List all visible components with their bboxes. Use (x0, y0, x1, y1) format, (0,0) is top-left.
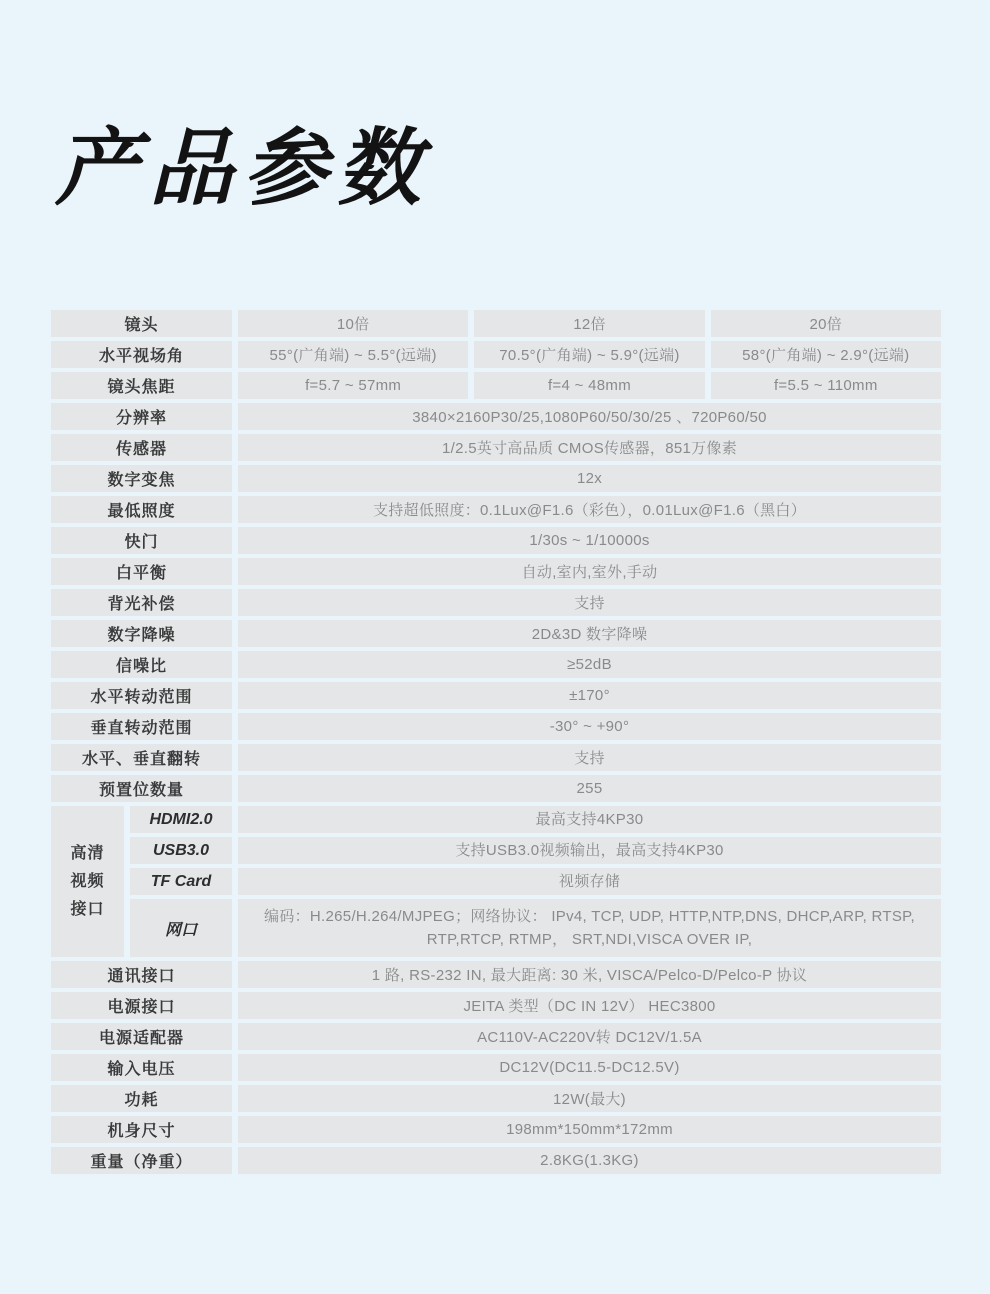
row-value: 视频存储 (238, 868, 941, 895)
group-label-line: 接口 (70, 896, 104, 924)
table-row: 水平转动范围±170° (51, 682, 941, 709)
row-label: 水平转动范围 (51, 682, 232, 709)
group-label-line: 视频 (70, 868, 104, 896)
row-value: ±170° (238, 682, 941, 709)
row-value: 1/30s ~ 1/10000s (238, 527, 941, 554)
row-value: 支持 (238, 744, 941, 771)
row-value: f=5.7 ~ 57mm (238, 372, 468, 399)
row-label: 数字降噪 (51, 620, 232, 647)
table-row: 重量（净重）2.8KG(1.3KG) (51, 1147, 941, 1174)
row-sublabel: HDMI2.0 (130, 806, 232, 833)
row-value: 20倍 (711, 310, 941, 337)
row-value: -30° ~ +90° (238, 713, 941, 740)
row-label: 功耗 (51, 1085, 232, 1112)
row-value: JEITA 类型（DC IN 12V） HEC3800 (238, 992, 941, 1019)
video-interface-rows: HDMI2.0最高支持4KP30USB3.0支持USB3.0视频输出，最高支持4… (130, 806, 941, 957)
row-value: 1 路, RS-232 IN, 最大距离: 30 米, VISCA/Pelco-… (238, 961, 941, 988)
video-interface-group: 高清视频接口HDMI2.0最高支持4KP30USB3.0支持USB3.0视频输出… (51, 806, 941, 957)
row-sublabel: 网口 (130, 899, 232, 957)
row-sublabel: USB3.0 (130, 837, 232, 864)
row-value: 12W(最大) (238, 1085, 941, 1112)
table-row: 最低照度支持超低照度：0.1Lux@F1.6（彩色），0.01Lux@F1.6（… (51, 496, 941, 523)
table-row: 电源适配器AC110V-AC220V转 DC12V/1.5A (51, 1023, 941, 1050)
row-value: 255 (238, 775, 941, 802)
table-row: 分辨率3840×2160P30/25,1080P60/50/30/25 、720… (51, 403, 941, 430)
row-label: 镜头 (51, 310, 232, 337)
row-value: 支持USB3.0视频输出，最高支持4KP30 (238, 837, 941, 864)
row-value: 55°(广角端) ~ 5.5°(远端) (238, 341, 468, 368)
row-value: DC12V(DC11.5-DC12.5V) (238, 1054, 941, 1081)
table-row: 机身尺寸198mm*150mm*172mm (51, 1116, 941, 1143)
table-row: 信噪比≥52dB (51, 651, 941, 678)
row-label: 机身尺寸 (51, 1116, 232, 1143)
table-row: 预置位数量255 (51, 775, 941, 802)
row-label: 信噪比 (51, 651, 232, 678)
row-value: AC110V-AC220V转 DC12V/1.5A (238, 1023, 941, 1050)
row-label: 传感器 (51, 434, 232, 461)
row-label: 白平衡 (51, 558, 232, 585)
table-row: HDMI2.0最高支持4KP30 (130, 806, 941, 833)
table-row: 水平、垂直翻转支持 (51, 744, 941, 771)
row-value: 2.8KG(1.3KG) (238, 1147, 941, 1174)
row-label: 垂直转动范围 (51, 713, 232, 740)
row-label: 电源适配器 (51, 1023, 232, 1050)
row-value: 编码：H.265/H.264/MJPEG；网络协议： IPv4, TCP, UD… (238, 899, 941, 957)
row-label: 镜头焦距 (51, 372, 232, 399)
table-row: 数字变焦12x (51, 465, 941, 492)
row-value: 70.5°(广角端) ~ 5.9°(远端) (474, 341, 704, 368)
row-value: 支持 (238, 589, 941, 616)
group-label-line: 高清 (70, 840, 104, 868)
table-row: 背光补偿支持 (51, 589, 941, 616)
row-label: 重量（净重） (51, 1147, 232, 1174)
row-label: 通讯接口 (51, 961, 232, 988)
page-title: 产品参数 (55, 0, 990, 214)
table-row: 快门1/30s ~ 1/10000s (51, 527, 941, 554)
row-value: f=4 ~ 48mm (474, 372, 704, 399)
spec-table: 镜头10倍12倍20倍水平视场角55°(广角端) ~ 5.5°(远端)70.5°… (51, 310, 941, 1174)
row-sublabel: TF Card (130, 868, 232, 895)
table-row: 镜头焦距f=5.7 ~ 57mmf=4 ~ 48mmf=5.5 ~ 110mm (51, 372, 941, 399)
table-row: TF Card视频存储 (130, 868, 941, 895)
row-value: 最高支持4KP30 (238, 806, 941, 833)
row-value: 1/2.5英寸高品质 CMOS传感器，851万像素 (238, 434, 941, 461)
table-row: 垂直转动范围-30° ~ +90° (51, 713, 941, 740)
row-value: ≥52dB (238, 651, 941, 678)
table-row: 电源接口JEITA 类型（DC IN 12V） HEC3800 (51, 992, 941, 1019)
row-label: 水平、垂直翻转 (51, 744, 232, 771)
row-value: 支持超低照度：0.1Lux@F1.6（彩色），0.01Lux@F1.6（黑白） (238, 496, 941, 523)
table-row: 通讯接口1 路, RS-232 IN, 最大距离: 30 米, VISCA/Pe… (51, 961, 941, 988)
row-value: 10倍 (238, 310, 468, 337)
row-label: 数字变焦 (51, 465, 232, 492)
table-row: 网口编码：H.265/H.264/MJPEG；网络协议： IPv4, TCP, … (130, 899, 941, 957)
row-value: 58°(广角端) ~ 2.9°(远端) (711, 341, 941, 368)
table-row: 镜头10倍12倍20倍 (51, 310, 941, 337)
row-value: 12倍 (474, 310, 704, 337)
table-row: USB3.0支持USB3.0视频输出，最高支持4KP30 (130, 837, 941, 864)
row-label: 最低照度 (51, 496, 232, 523)
row-label: 输入电压 (51, 1054, 232, 1081)
table-row: 白平衡自动,室内,室外,手动 (51, 558, 941, 585)
row-label: 电源接口 (51, 992, 232, 1019)
row-value: 2D&3D 数字降噪 (238, 620, 941, 647)
video-interface-group-label: 高清视频接口 (51, 806, 124, 957)
table-row: 数字降噪2D&3D 数字降噪 (51, 620, 941, 647)
row-label: 分辨率 (51, 403, 232, 430)
row-label: 预置位数量 (51, 775, 232, 802)
table-row: 水平视场角55°(广角端) ~ 5.5°(远端)70.5°(广角端) ~ 5.9… (51, 341, 941, 368)
table-row: 功耗12W(最大) (51, 1085, 941, 1112)
row-label: 水平视场角 (51, 341, 232, 368)
row-value: 12x (238, 465, 941, 492)
row-label: 快门 (51, 527, 232, 554)
row-label: 背光补偿 (51, 589, 232, 616)
table-row: 传感器1/2.5英寸高品质 CMOS传感器，851万像素 (51, 434, 941, 461)
row-value: 自动,室内,室外,手动 (238, 558, 941, 585)
row-value: 3840×2160P30/25,1080P60/50/30/25 、720P60… (238, 403, 941, 430)
row-value: 198mm*150mm*172mm (238, 1116, 941, 1143)
row-value: f=5.5 ~ 110mm (711, 372, 941, 399)
table-row: 输入电压DC12V(DC11.5-DC12.5V) (51, 1054, 941, 1081)
